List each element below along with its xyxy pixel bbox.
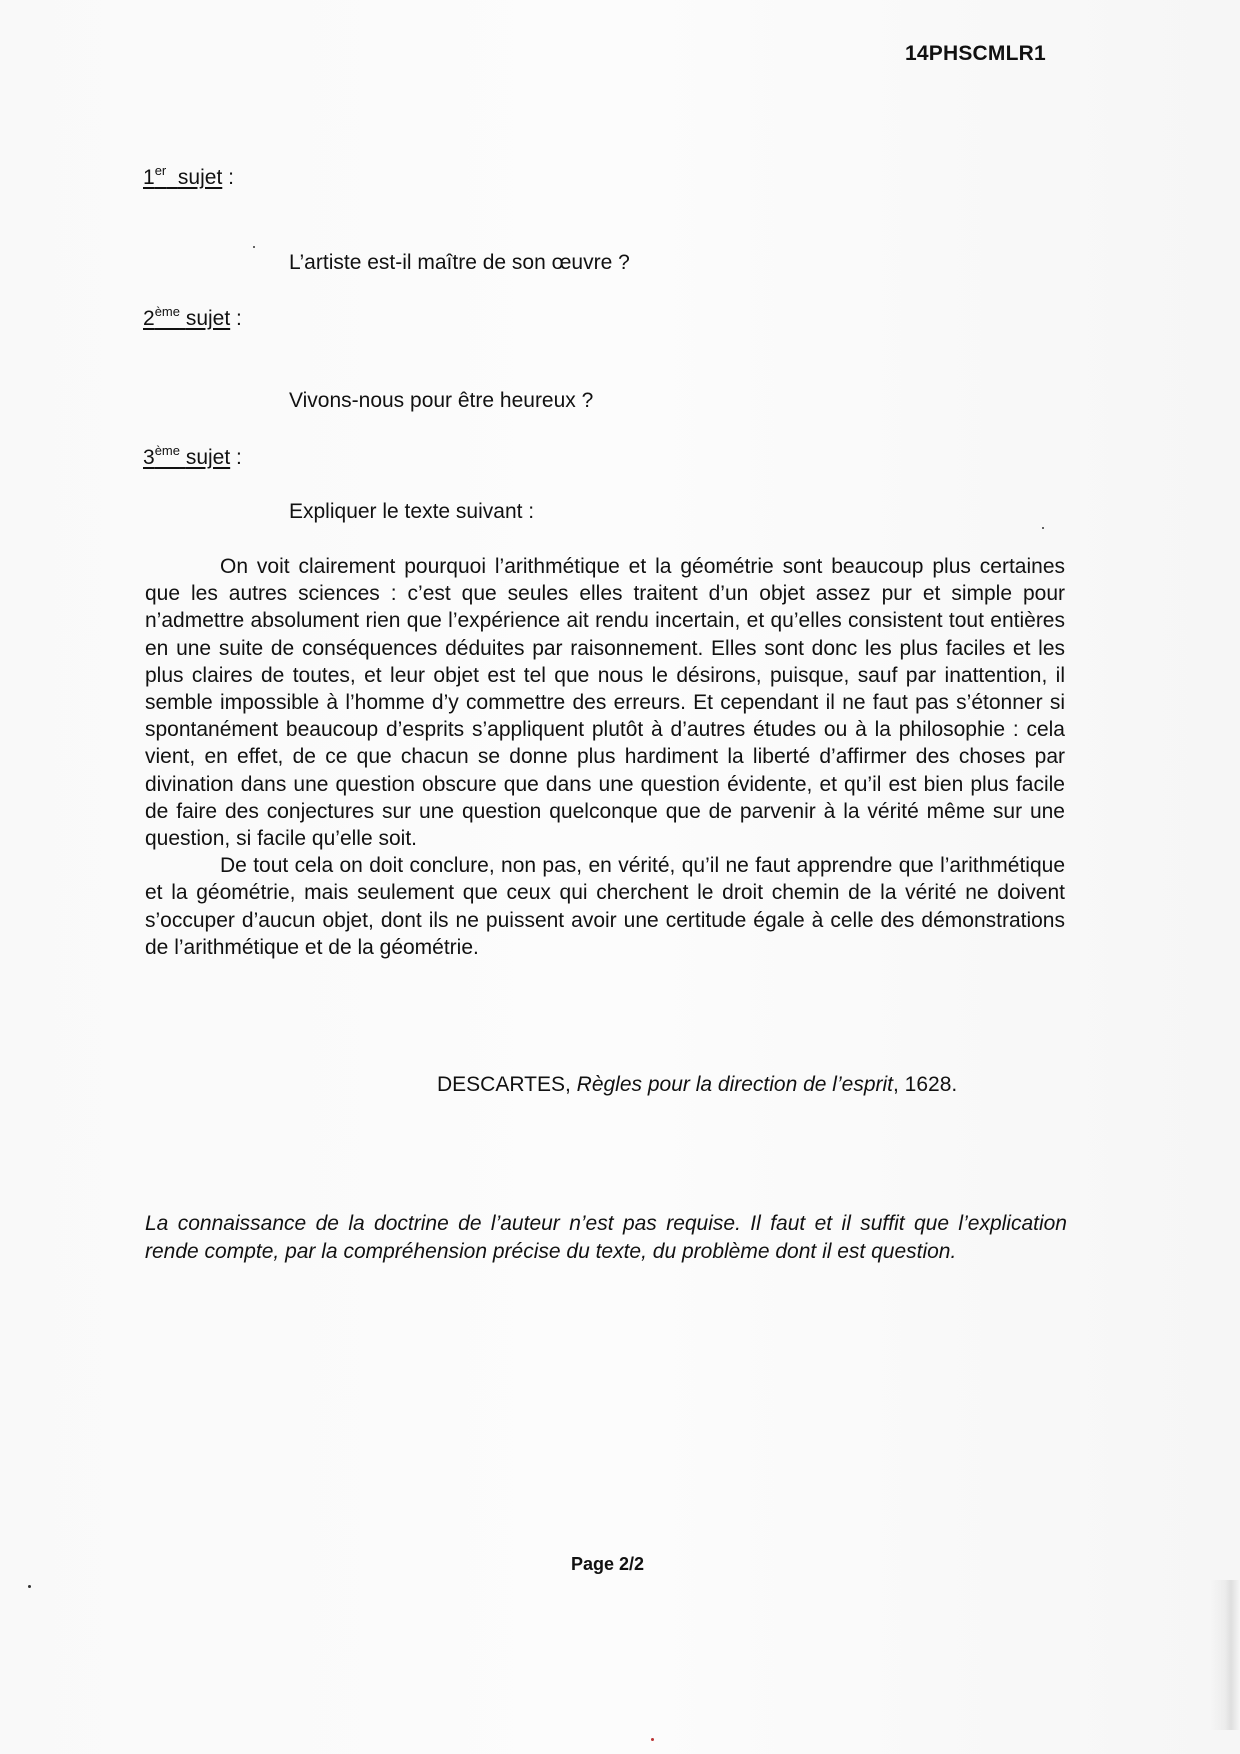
scan-speck (1042, 527, 1044, 529)
subject-2-label: 2ème sujet : (143, 307, 242, 331)
paper-fold-shadow (1210, 1580, 1240, 1730)
text-paragraph-1: On voit clairement pourquoi l’arithmétiq… (145, 553, 1065, 852)
subject-2-question: Vivons-nous pour être heureux ? (289, 389, 593, 413)
instruction-note: La connaissance de la doctrine de l’aute… (145, 1210, 1067, 1265)
subject-2-heading: 2ème sujet (143, 307, 230, 330)
text-paragraph-2: De tout cela on doit conclure, non pas, … (145, 852, 1065, 961)
subject-1-heading: 1er sujet (143, 166, 222, 189)
citation-author: DESCARTES (437, 1073, 565, 1096)
subject-3-heading: 3ème sujet (143, 446, 230, 469)
scan-speck (651, 1738, 654, 1741)
scan-speck (253, 246, 255, 248)
text-excerpt: On voit clairement pourquoi l’arithmétiq… (145, 553, 1065, 961)
exam-page: 14PHSCMLR1 1er sujet : L’artiste est-il … (0, 0, 1240, 1754)
subject-3-instruction: Expliquer le texte suivant : (289, 500, 534, 524)
subject-3-label: 3ème sujet : (143, 446, 242, 470)
exam-code: 14PHSCMLR1 (905, 42, 1046, 66)
subject-1-question: L’artiste est-il maître de son œuvre ? (289, 251, 630, 275)
citation-year: , 1628. (893, 1073, 957, 1096)
citation-title: Règles pour la direction de l’esprit (577, 1073, 893, 1096)
citation: DESCARTES, Règles pour la direction de l… (437, 1073, 957, 1097)
page-number: Page 2/2 (571, 1554, 644, 1575)
scan-speck (28, 1585, 31, 1588)
subject-1-label: 1er sujet : (143, 166, 234, 190)
